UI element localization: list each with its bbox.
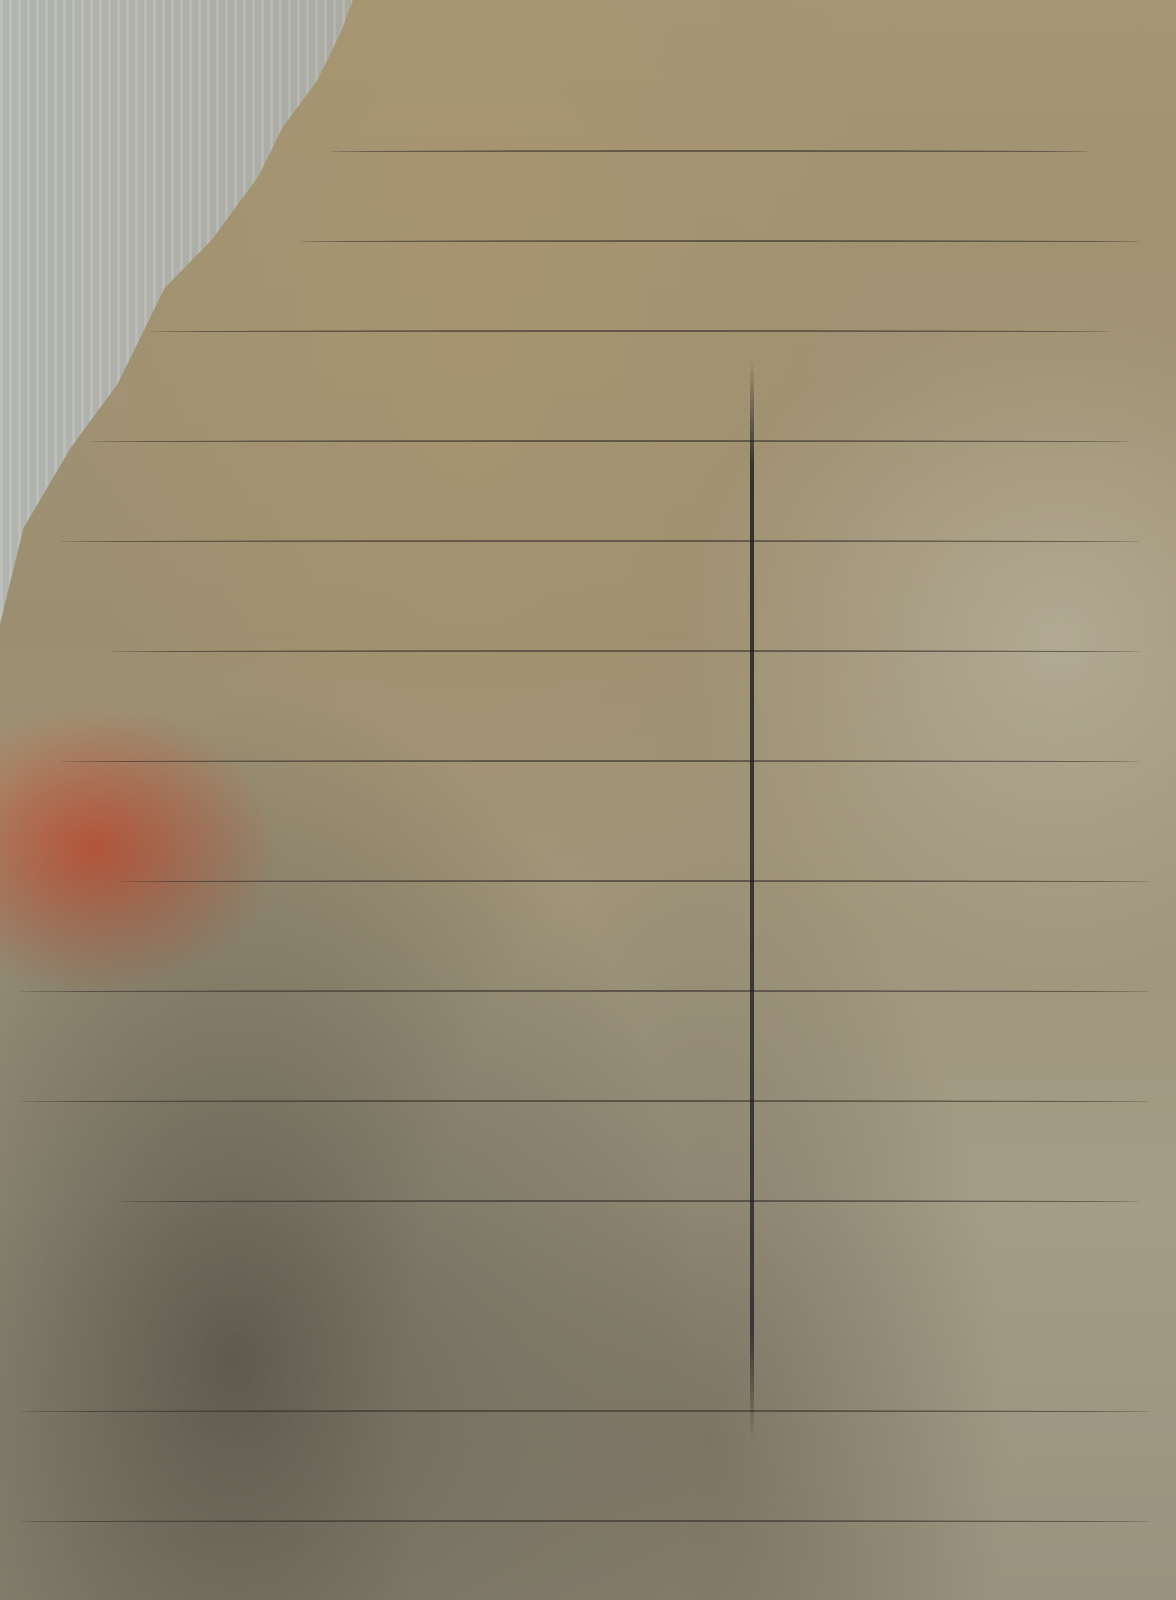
- handwriting-line: [90, 440, 1130, 444]
- handwriting-line: [60, 540, 1140, 544]
- handwriting-line: [300, 240, 1140, 244]
- handwriting-line: [120, 1200, 1140, 1204]
- handwriting-line: [120, 880, 1150, 884]
- handwriting-line: [110, 650, 1140, 654]
- handwriting-line: [60, 760, 1140, 764]
- handwriting-line: [20, 1100, 1150, 1104]
- handwriting-line: [20, 990, 1150, 994]
- handwriting-line: [20, 1520, 1150, 1524]
- handwriting-line: [330, 150, 1090, 154]
- handwriting-line: [20, 1410, 1150, 1414]
- manuscript-photo: Close-up photograph of an aged, stained …: [0, 0, 1176, 1600]
- handwriting-line: [150, 330, 1110, 334]
- paper-fold-crease: [750, 360, 754, 1440]
